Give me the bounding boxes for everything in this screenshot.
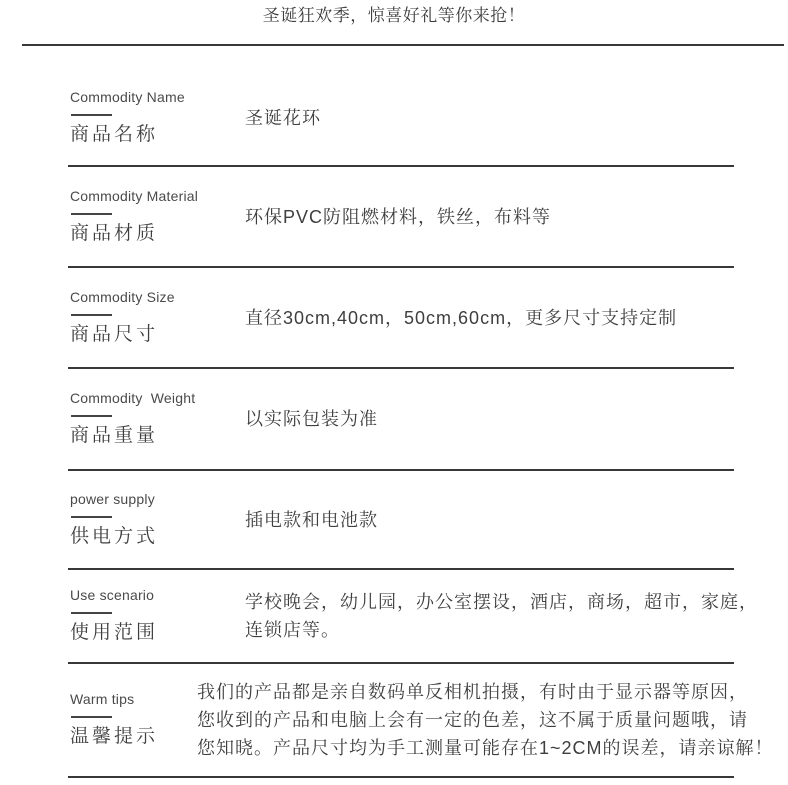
label-chinese: 使用范围	[70, 621, 245, 645]
value-line: 环保PVC防阻燃材料，铁丝，布料等	[245, 203, 551, 231]
spec-row-commodity-material: Commodity Material 商品材质 环保PVC防阻燃材料，铁丝，布料…	[68, 167, 734, 268]
label-english: Commodity Material	[70, 188, 245, 204]
spec-row-use-scenario: Use scenario 使用范围 学校晚会，幼儿园，办公室摆设，酒店，商场，超…	[68, 570, 734, 664]
spec-row-value: 直径30cm,40cm，50cm,60cm，更多尺寸支持定制	[245, 304, 677, 332]
label-english: Commodity Name	[70, 89, 245, 105]
label-divider	[71, 314, 112, 316]
spec-row-commodity-name: Commodity Name 商品名称 圣诞花环	[68, 46, 734, 167]
spec-row-warm-tips: Warm tips 温馨提示 我们的产品都是亲自数码单反相机拍摄，有时由于显示器…	[68, 664, 734, 778]
label-chinese: 商品材质	[70, 222, 245, 246]
label-english: Use scenario	[70, 587, 245, 603]
label-divider	[71, 516, 112, 518]
spec-row-value: 我们的产品都是亲自数码单反相机拍摄，有时由于显示器等原因， 您收到的产品和电脑上…	[197, 678, 774, 762]
value-line: 圣诞花环	[245, 104, 321, 132]
value-line: 以实际包装为准	[245, 405, 378, 433]
label-chinese: 商品尺寸	[70, 323, 245, 347]
value-line: 您收到的产品和电脑上会有一定的色差，这不属于质量问题哦，请	[197, 706, 774, 734]
page-title: 圣诞狂欢季，惊喜好礼等你来抢！	[0, 0, 788, 26]
label-divider	[71, 612, 112, 614]
label-chinese: 供电方式	[70, 525, 245, 549]
spec-row-power-supply: power supply 供电方式 插电款和电池款	[68, 471, 734, 570]
spec-row-value: 学校晚会，幼儿园，办公室摆设，酒店，商场，超市，家庭， 连锁店等。	[245, 588, 758, 644]
label-divider	[71, 716, 112, 718]
spec-row-value: 插电款和电池款	[245, 506, 378, 534]
label-chinese: 商品重量	[70, 424, 245, 448]
spec-row-value: 圣诞花环	[245, 104, 321, 132]
label-divider	[71, 213, 112, 215]
spec-row-label: power supply 供电方式	[68, 491, 245, 549]
spec-table: Commodity Name 商品名称 圣诞花环 Commodity Mater…	[68, 46, 734, 778]
product-spec-page: 圣诞狂欢季，惊喜好礼等你来抢！ Commodity Name 商品名称 圣诞花环…	[0, 0, 788, 785]
label-chinese: 温馨提示	[70, 725, 197, 749]
label-english: Commodity Size	[70, 289, 245, 305]
label-divider	[71, 415, 112, 417]
label-english: Commodity Weight	[70, 390, 245, 406]
value-line: 学校晚会，幼儿园，办公室摆设，酒店，商场，超市，家庭，	[245, 588, 758, 616]
spec-row-label: Commodity Weight 商品重量	[68, 390, 245, 448]
spec-row-value: 环保PVC防阻燃材料，铁丝，布料等	[245, 203, 551, 231]
spec-row-label: Commodity Material 商品材质	[68, 188, 245, 246]
value-line: 连锁店等。	[245, 616, 758, 644]
label-english: power supply	[70, 491, 245, 507]
value-line: 我们的产品都是亲自数码单反相机拍摄，有时由于显示器等原因，	[197, 678, 774, 706]
spec-row-commodity-weight: Commodity Weight 商品重量 以实际包装为准	[68, 369, 734, 471]
value-line: 您知晓。产品尺寸均为手工测量可能存在1~2CM的误差，请亲谅解！	[197, 734, 774, 762]
value-line: 直径30cm,40cm，50cm,60cm，更多尺寸支持定制	[245, 304, 677, 332]
spec-row-label: Warm tips 温馨提示	[68, 691, 197, 749]
spec-row-label: Commodity Name 商品名称	[68, 89, 245, 147]
spec-row-value: 以实际包装为准	[245, 405, 378, 433]
spec-row-commodity-size: Commodity Size 商品尺寸 直径30cm,40cm，50cm,60c…	[68, 268, 734, 369]
label-chinese: 商品名称	[70, 123, 245, 147]
spec-row-label: Use scenario 使用范围	[68, 587, 245, 645]
value-line: 插电款和电池款	[245, 506, 378, 534]
label-divider	[71, 114, 112, 116]
label-english: Warm tips	[70, 691, 197, 707]
spec-row-label: Commodity Size 商品尺寸	[68, 289, 245, 347]
